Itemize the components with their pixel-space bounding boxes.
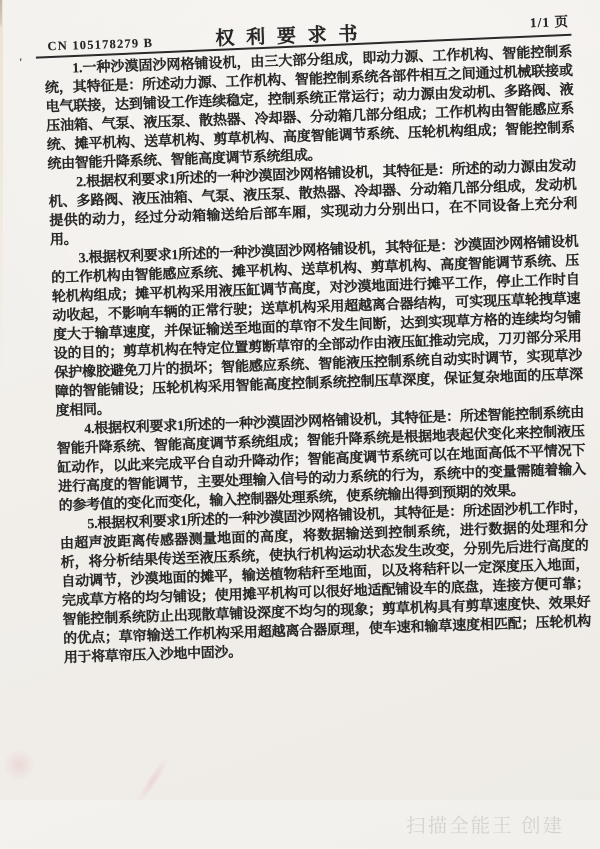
claim-paragraph-4: 4.根据权利要求1所述的一种沙漠固沙网格铺设机，其特征是：所述智能控制系统由智能… — [56, 404, 587, 516]
paper-stain — [2, 748, 36, 782]
scan-edge-tint — [0, 0, 3, 380]
scanner-watermark: 扫描全能王 创建 — [406, 810, 564, 838]
document-content: 1/1 页 权利要求书 CN 105178279 B 1.一种沙漠固沙网格铺设机… — [34, 0, 596, 720]
claim-paragraph-1: 1.一种沙漠固沙网格铺设机，由三大部分组成，即动力源、工作机构、智能控制系统，其… — [44, 43, 575, 174]
scanned-patent-page: ' 1/1 页 权利要求书 CN 105178279 B 1.一种沙漠固沙网格铺… — [0, 0, 600, 849]
claim-paragraph-5: 5.根据权利要求1所述的一种沙漠固沙网格铺设机，其特征是：所述固沙机工作时，由超… — [59, 499, 592, 668]
claim-paragraph-3: 3.根据权利要求1所述的一种沙漠固沙网格铺设机，其特征是：沙漠固沙网格铺设机的工… — [50, 233, 583, 421]
paper-stain — [134, 754, 173, 806]
claims-section: 1.一种沙漠固沙网格铺设机，由三大部分组成，即动力源、工作机构、智能控制系统，其… — [44, 43, 592, 668]
ink-speck: ' — [19, 55, 22, 70]
